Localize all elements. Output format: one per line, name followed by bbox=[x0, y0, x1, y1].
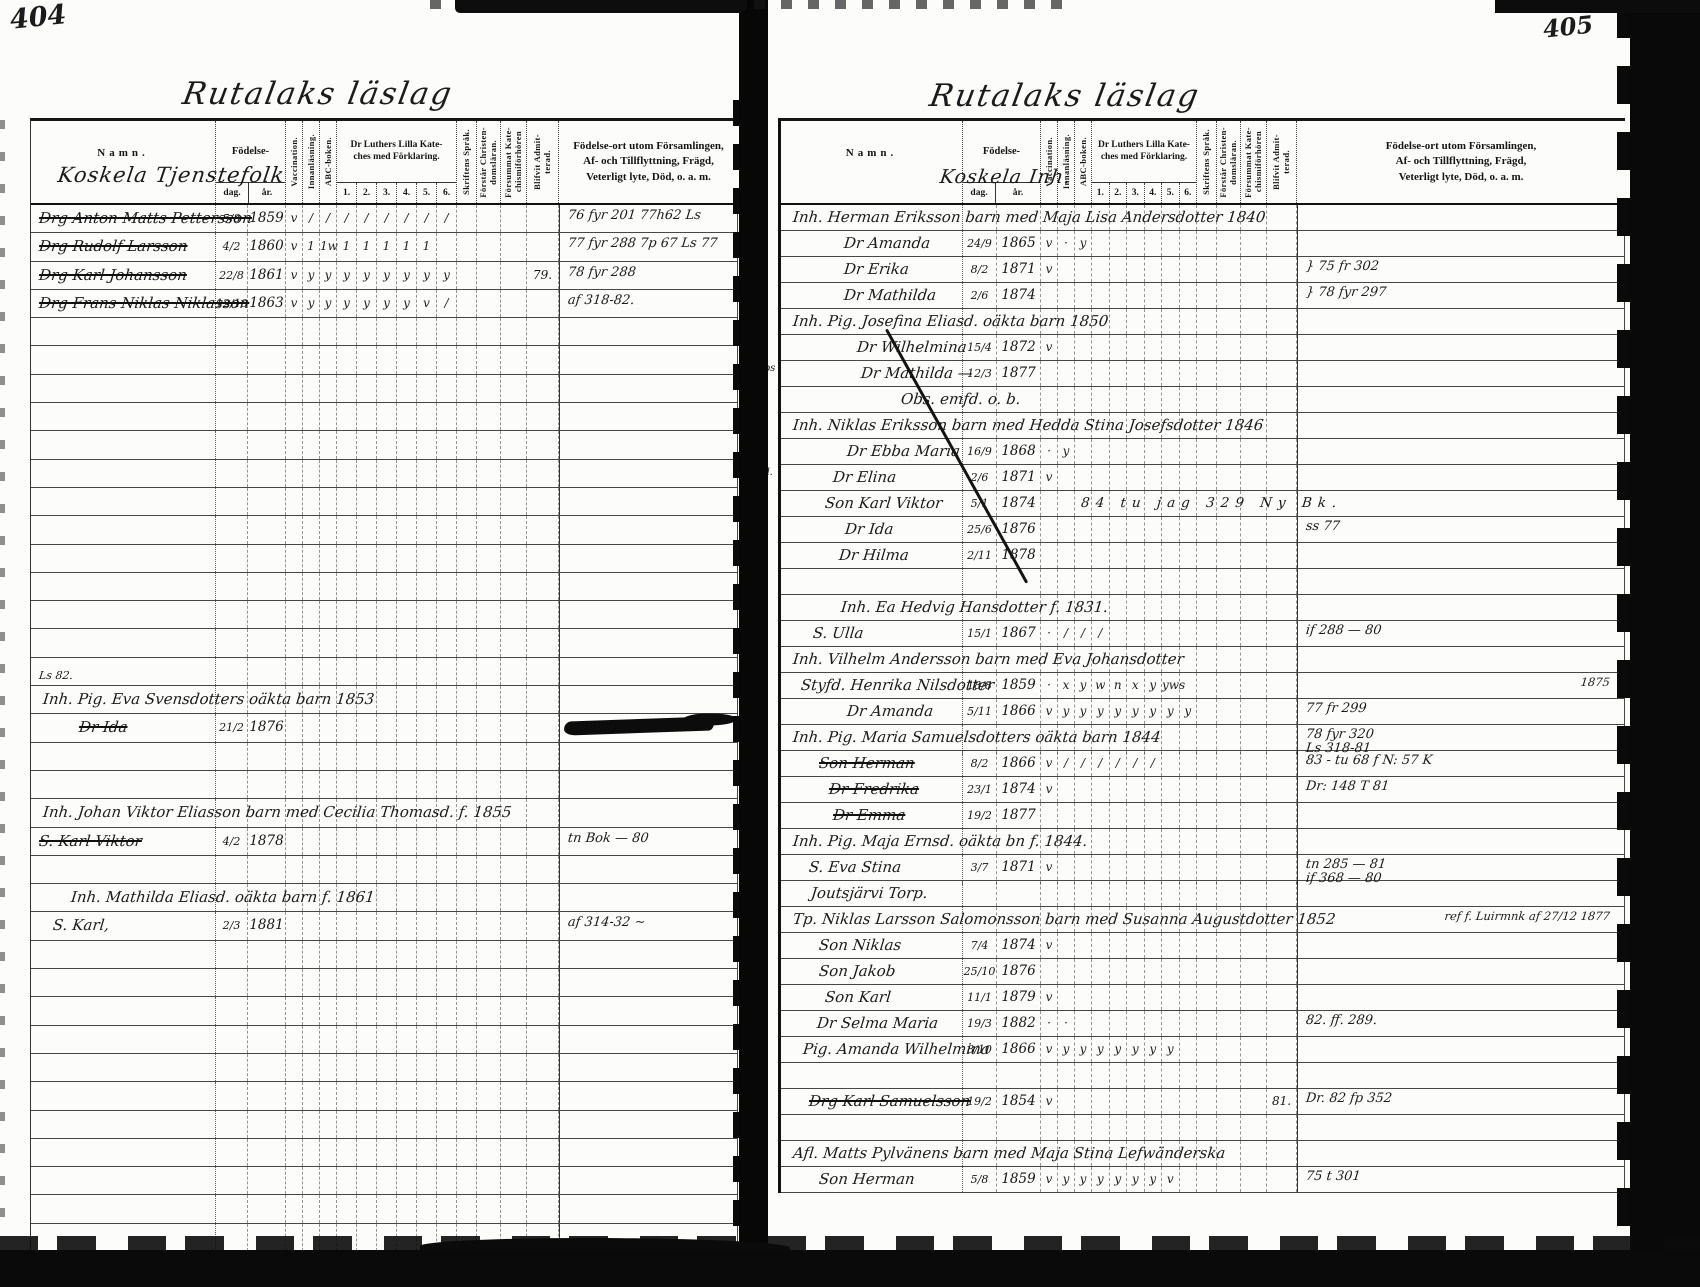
cell-admitted bbox=[527, 714, 559, 741]
cell-mark bbox=[286, 545, 303, 572]
cell-mark bbox=[337, 573, 357, 600]
cell-mark: y bbox=[357, 290, 377, 317]
cell-admitted bbox=[527, 856, 559, 883]
cell-mark bbox=[303, 771, 320, 798]
cell-note bbox=[1297, 829, 1625, 854]
cell-mark: v bbox=[1041, 985, 1058, 1010]
entry-name: S. Karl, bbox=[52, 912, 111, 939]
katekes-numbers: 1.2.3.4.5.6. bbox=[1092, 182, 1196, 203]
cell-admitted bbox=[527, 1139, 559, 1166]
register-row bbox=[31, 346, 738, 374]
cell-mark bbox=[320, 318, 337, 345]
cell-mark bbox=[377, 403, 397, 430]
register-row: Inh. Ea Hedvig Hansdotter f. 1831. bbox=[781, 595, 1625, 621]
col-header-fodelse: Födelse- dag. år. bbox=[963, 121, 1041, 203]
cell-mark bbox=[501, 1195, 527, 1222]
fodelseort-line3: Veterligt lyte, Död, o. a. m. bbox=[586, 170, 711, 185]
cell-mark bbox=[357, 1167, 377, 1194]
cell-mark bbox=[1110, 933, 1128, 958]
cell-mark bbox=[477, 686, 501, 713]
cell-name bbox=[31, 1167, 216, 1194]
cell-mark bbox=[397, 573, 417, 600]
cell-admitted bbox=[1267, 881, 1297, 906]
entry-name: Son Herman bbox=[818, 751, 916, 776]
cell-mark bbox=[303, 1111, 320, 1138]
cell-birth-year: 1866 bbox=[997, 751, 1041, 776]
register-row bbox=[31, 1224, 738, 1252]
entry-name-span: Inh. Niklas Eriksson barn med Hedda Stin… bbox=[792, 413, 1265, 438]
cell-mark bbox=[477, 714, 501, 741]
cell-mark: y bbox=[1127, 1037, 1145, 1062]
cell-note: 77 fr 299 bbox=[1297, 699, 1625, 724]
cell-mark bbox=[377, 488, 397, 515]
cell-admitted bbox=[527, 233, 559, 260]
cell-birth-year bbox=[248, 629, 286, 656]
entry-name-span: Inh. Mathilda Eliasd. oäkta barn f. 1861 bbox=[70, 884, 377, 911]
cell-note bbox=[1297, 985, 1625, 1010]
register-row: Styfd. Henrika Nilsdotter18/81859·xywnxy… bbox=[781, 673, 1625, 699]
cell-name bbox=[31, 743, 216, 770]
cell-mark bbox=[1180, 673, 1198, 698]
cell-mark bbox=[1197, 881, 1217, 906]
cell-mark bbox=[1110, 1011, 1128, 1036]
entry-name: Son Karl bbox=[824, 985, 892, 1010]
cell-mark bbox=[1145, 231, 1163, 256]
cell-birth-year bbox=[248, 1224, 286, 1251]
cell-mark: y bbox=[1110, 1167, 1128, 1192]
cell-note bbox=[559, 403, 738, 430]
cell-note: af 318-82. bbox=[559, 290, 738, 317]
cell-birth-year bbox=[248, 1167, 286, 1194]
cell-mark bbox=[286, 318, 303, 345]
cell-note bbox=[559, 318, 738, 345]
cell-admitted bbox=[527, 629, 559, 656]
cell-mark bbox=[357, 601, 377, 628]
register-row bbox=[31, 969, 738, 997]
cell-mark bbox=[337, 912, 357, 939]
entry-name: Dr Emma bbox=[832, 803, 907, 828]
register-row bbox=[31, 997, 738, 1025]
cell-mark: y bbox=[1075, 673, 1092, 698]
scan-artifact-right-edge bbox=[1630, 0, 1700, 1287]
cell-mark bbox=[477, 1139, 501, 1166]
cell-mark bbox=[437, 1224, 457, 1251]
cell-mark bbox=[1180, 465, 1198, 490]
cell-mark bbox=[1075, 283, 1092, 308]
cell-mark bbox=[397, 1082, 417, 1109]
cell-note: 76 fyr 201 77h62 Ls bbox=[559, 205, 738, 232]
cell-mark bbox=[1241, 387, 1267, 412]
cell-admitted bbox=[1267, 231, 1297, 256]
cell-birth-year bbox=[248, 771, 286, 798]
cell-mark bbox=[417, 1026, 437, 1053]
cell-mark bbox=[1145, 543, 1163, 568]
page-title-left: Rutalaks läslag bbox=[180, 76, 456, 112]
cell-note bbox=[559, 771, 738, 798]
cell-mark bbox=[303, 969, 320, 996]
cell-mark bbox=[501, 771, 527, 798]
cell-mark bbox=[320, 375, 337, 402]
cell-mark bbox=[417, 1111, 437, 1138]
col-header-namn-label: Namn. bbox=[846, 147, 897, 159]
cell-birth-year bbox=[997, 1115, 1041, 1140]
cell-name bbox=[31, 997, 216, 1024]
cell-mark bbox=[1058, 491, 1075, 516]
cell-mark bbox=[1092, 335, 1110, 360]
cell-mark bbox=[320, 516, 337, 543]
cell-mark bbox=[397, 1224, 417, 1251]
entry-name: Dr Ida bbox=[844, 517, 895, 542]
fodelseort-line2: Af- och Tillflyttning, Frägd, bbox=[1396, 154, 1527, 169]
cell-mark bbox=[377, 743, 397, 770]
cell-name: Ls 82. bbox=[31, 658, 216, 685]
cell-birth-day bbox=[216, 545, 248, 572]
cell-mark bbox=[1217, 257, 1241, 282]
cell-mark bbox=[377, 884, 397, 911]
cell-birth-day bbox=[216, 969, 248, 996]
cell-mark bbox=[1197, 1011, 1217, 1036]
cell-mark bbox=[357, 856, 377, 883]
cell-admitted bbox=[527, 884, 559, 911]
cell-note bbox=[559, 658, 738, 685]
cell-mark bbox=[1075, 1115, 1092, 1140]
register-row bbox=[31, 545, 738, 573]
cell-mark bbox=[1217, 1167, 1241, 1192]
cell-mark bbox=[457, 488, 477, 515]
cell-mark bbox=[437, 318, 457, 345]
register-row: Inh. Pig. Maja Ernsd. oäkta bn f. 1844. bbox=[781, 829, 1625, 855]
cell-mark bbox=[1110, 959, 1128, 984]
cell-mark bbox=[1075, 881, 1092, 906]
cell-mark: v bbox=[1041, 751, 1058, 776]
cell-name: Dr Mathilda bbox=[781, 283, 963, 308]
cell-admitted bbox=[527, 771, 559, 798]
cell-mark: y bbox=[1092, 1037, 1110, 1062]
margin-prefix: afl. bbox=[757, 467, 773, 478]
cell-birth-day: 2/11 bbox=[963, 543, 997, 568]
cell-mark bbox=[337, 318, 357, 345]
cell-birth-year: 1874 bbox=[997, 933, 1041, 958]
cell-mark bbox=[397, 1139, 417, 1166]
cell-mark bbox=[501, 233, 527, 260]
cell-note: 82. ff. 289. bbox=[1297, 1011, 1625, 1036]
entry-name: S. Karl Viktor bbox=[38, 828, 144, 855]
cell-mark bbox=[286, 1252, 303, 1279]
cell-birth-year bbox=[248, 856, 286, 883]
note-line: tn Bok — 80 bbox=[567, 828, 738, 846]
cell-mark bbox=[320, 1167, 337, 1194]
cell-mark bbox=[1217, 439, 1241, 464]
entry-name-span: Obs. emfd. o. b. bbox=[900, 387, 1022, 412]
cell-admitted bbox=[527, 1111, 559, 1138]
cell-mark bbox=[1127, 595, 1145, 620]
cell-admitted bbox=[1267, 1037, 1297, 1062]
cell-mark bbox=[1217, 543, 1241, 568]
register-row bbox=[31, 629, 738, 657]
cell-mark bbox=[477, 403, 501, 430]
cell-mark bbox=[1058, 543, 1075, 568]
cell-mark bbox=[1241, 621, 1267, 646]
cell-mark bbox=[1217, 465, 1241, 490]
cell-mark bbox=[1241, 699, 1267, 724]
cell-mark bbox=[397, 375, 417, 402]
cell-mark bbox=[1162, 777, 1180, 802]
cell-mark: y bbox=[1145, 673, 1163, 698]
cell-mark bbox=[1041, 283, 1058, 308]
register-row: 78 fyr 320Ls 318-81Inh. Pig. Maria Samue… bbox=[781, 725, 1625, 751]
cell-admitted bbox=[1267, 1115, 1297, 1140]
cell-mark bbox=[320, 912, 337, 939]
cell-mark bbox=[1092, 959, 1110, 984]
cell-birth-day: 5/11 bbox=[963, 699, 997, 724]
entry-name-span: Inh. Herman Eriksson barn med Maja Lisa … bbox=[792, 205, 1267, 230]
cell-admitted bbox=[1267, 543, 1297, 568]
cell-mark bbox=[437, 658, 457, 685]
cell-mark bbox=[437, 1167, 457, 1194]
cell-mark bbox=[397, 658, 417, 685]
register-row bbox=[31, 1139, 738, 1167]
cell-mark bbox=[437, 545, 457, 572]
cell-mark bbox=[1127, 439, 1145, 464]
cell-mark bbox=[1162, 309, 1180, 334]
cell-mark bbox=[1041, 569, 1058, 594]
cell-mark bbox=[437, 997, 457, 1024]
cell-mark bbox=[477, 743, 501, 770]
cell-mark bbox=[1110, 881, 1128, 906]
cell-mark bbox=[320, 1111, 337, 1138]
note-line: Dr. 82 fp 352 bbox=[1305, 1089, 1625, 1105]
cell-mark bbox=[417, 969, 437, 996]
cell-mark bbox=[303, 601, 320, 628]
cell-mark bbox=[1127, 881, 1145, 906]
cell-note bbox=[559, 1054, 738, 1081]
cell-note bbox=[559, 629, 738, 656]
cell-mark bbox=[1241, 335, 1267, 360]
register-row: S. Karl,2/31881af 314-32 ~ bbox=[31, 912, 738, 940]
cell-birth-year: 1859 bbox=[997, 1167, 1041, 1192]
cell-name bbox=[31, 488, 216, 515]
cell-birth-day: 18/8 bbox=[963, 673, 997, 698]
cell-mark bbox=[1180, 1063, 1198, 1088]
cell-name: S. Karl Viktor bbox=[31, 828, 216, 855]
cell-mark bbox=[1162, 257, 1180, 282]
cell-mark bbox=[417, 375, 437, 402]
cell-mark bbox=[286, 431, 303, 458]
cell-mark bbox=[501, 1054, 527, 1081]
cell-mark bbox=[1041, 803, 1058, 828]
cell-mark bbox=[357, 431, 377, 458]
cell-mark bbox=[1110, 595, 1128, 620]
cell-mark bbox=[320, 658, 337, 685]
col-header-katekes: Dr Luthers Lilla Kate- ches med Förklari… bbox=[337, 121, 457, 203]
cell-admitted bbox=[1267, 309, 1297, 334]
cell-mark bbox=[286, 573, 303, 600]
cell-mark: / bbox=[1058, 751, 1075, 776]
forstar-line2: domsläran. bbox=[489, 140, 498, 185]
col-header-namn-label: Namn. bbox=[97, 147, 148, 159]
cell-mark: v bbox=[1041, 465, 1058, 490]
cell-birth-year: 1877 bbox=[997, 361, 1041, 386]
cell-mark: v bbox=[286, 205, 303, 232]
cell-mark bbox=[397, 318, 417, 345]
katekes-num: 3. bbox=[1127, 183, 1145, 203]
cell-mark: · bbox=[1041, 621, 1058, 646]
ink-blot bbox=[564, 717, 714, 736]
cell-admitted bbox=[1267, 517, 1297, 542]
cell-mark bbox=[1145, 517, 1163, 542]
cell-mark bbox=[1217, 829, 1241, 854]
cell-mark bbox=[357, 346, 377, 373]
cell-mark bbox=[437, 233, 457, 260]
note-line: 1875 bbox=[1305, 673, 1625, 689]
cell-birth-year: 1861 bbox=[248, 262, 286, 289]
register-row bbox=[31, 1026, 738, 1054]
cell-admitted bbox=[1267, 933, 1297, 958]
cell-mark bbox=[303, 431, 320, 458]
cell-mark bbox=[1145, 881, 1163, 906]
cell-admitted bbox=[1267, 803, 1297, 828]
cell-mark: / bbox=[1092, 751, 1110, 776]
cell-mark bbox=[1075, 777, 1092, 802]
cell-mark bbox=[477, 997, 501, 1024]
cell-mark bbox=[1241, 231, 1267, 256]
note-line: Dr: 148 T 81 bbox=[1305, 777, 1625, 793]
register-row bbox=[781, 1063, 1625, 1089]
cell-admitted bbox=[527, 431, 559, 458]
cell-mark bbox=[1162, 881, 1180, 906]
cell-mark bbox=[1197, 1037, 1217, 1062]
cell-mark bbox=[1145, 777, 1163, 802]
cell-mark bbox=[1075, 569, 1092, 594]
cell-birth-year bbox=[248, 601, 286, 628]
cell-mark bbox=[303, 714, 320, 741]
cell-mark bbox=[1241, 1011, 1267, 1036]
cell-mark bbox=[1110, 621, 1128, 646]
cell-mark bbox=[1110, 569, 1128, 594]
cell-mark: y bbox=[1162, 699, 1180, 724]
cell-mark: y bbox=[357, 262, 377, 289]
katekes-num: 3. bbox=[377, 183, 397, 203]
cell-mark bbox=[377, 912, 397, 939]
cell-mark bbox=[501, 431, 527, 458]
cell-mark bbox=[357, 969, 377, 996]
cell-name: Dr Wilhelmina bbox=[781, 335, 963, 360]
cell-birth-year bbox=[248, 403, 286, 430]
cell-mark bbox=[457, 1111, 477, 1138]
cell-mark bbox=[457, 828, 477, 855]
register-row: Dr Mathilda2/61874} 78 fyr 297 bbox=[781, 283, 1625, 309]
cell-mark bbox=[377, 1139, 397, 1166]
cell-mark bbox=[337, 1139, 357, 1166]
cell-mark: · bbox=[1041, 439, 1058, 464]
cell-name bbox=[31, 1139, 216, 1166]
register-row: Dr Elina2/61871vafl. bbox=[781, 465, 1625, 491]
cell-mark bbox=[501, 912, 527, 939]
cell-mark bbox=[397, 941, 417, 968]
cell-mark bbox=[1127, 257, 1145, 282]
cell-birth-day: 19/2 bbox=[963, 803, 997, 828]
cell-mark bbox=[286, 912, 303, 939]
cell-mark bbox=[477, 1195, 501, 1222]
cell-admitted bbox=[527, 318, 559, 345]
entry-name: Drg Karl Johansson bbox=[38, 262, 189, 289]
cell-mark bbox=[437, 488, 457, 515]
cell-mark: y bbox=[1145, 699, 1163, 724]
cell-birth-day bbox=[216, 629, 248, 656]
cell-mark bbox=[417, 997, 437, 1024]
cell-mark bbox=[417, 1224, 437, 1251]
cell-mark bbox=[303, 375, 320, 402]
cell-mark bbox=[1217, 309, 1241, 334]
cell-mark: · bbox=[1041, 673, 1058, 698]
register-row: Drg Anton Matts Pettersson5/81859v//////… bbox=[31, 205, 738, 233]
blifvit-line1: Blifvit Admit- bbox=[533, 134, 542, 190]
cell-mark bbox=[477, 205, 501, 232]
cell-mark bbox=[1092, 517, 1110, 542]
cell-mark bbox=[457, 629, 477, 656]
table-rows-left: Drg Anton Matts Pettersson5/81859v//////… bbox=[31, 205, 738, 1280]
col-header-abc: ABC-boken. bbox=[320, 121, 337, 203]
cell-mark bbox=[1145, 959, 1163, 984]
cell-mark bbox=[337, 460, 357, 487]
cell-birth-year: 1859 bbox=[997, 673, 1041, 698]
cell-name: Drg Karl Johansson bbox=[31, 262, 216, 289]
cell-mark bbox=[1180, 569, 1198, 594]
cell-mark bbox=[303, 1224, 320, 1251]
cell-birth-year bbox=[248, 431, 286, 458]
cell-note bbox=[559, 799, 738, 826]
col-header-innanlasning-label: Innanläsning. bbox=[307, 134, 316, 189]
cell-name bbox=[31, 318, 216, 345]
cell-mark bbox=[1241, 595, 1267, 620]
cell-mark bbox=[320, 346, 337, 373]
cell-mark bbox=[337, 346, 357, 373]
cell-mark bbox=[1145, 387, 1163, 412]
cell-birth-year: 1874 bbox=[997, 777, 1041, 802]
cell-mark bbox=[1075, 1089, 1092, 1114]
cell-mark bbox=[1197, 1167, 1217, 1192]
cell-note bbox=[1297, 205, 1625, 230]
cell-note bbox=[1297, 413, 1625, 438]
cell-note bbox=[559, 856, 738, 883]
cell-mark bbox=[1241, 465, 1267, 490]
cell-note bbox=[559, 1167, 738, 1194]
cell-mark bbox=[1241, 803, 1267, 828]
cell-mark bbox=[1127, 465, 1145, 490]
cell-name: Dr Mathilda — bbox=[781, 361, 963, 386]
cell-mark bbox=[1058, 257, 1075, 282]
cell-mark bbox=[303, 941, 320, 968]
cell-mark bbox=[457, 941, 477, 968]
cell-mark bbox=[1197, 751, 1217, 776]
cell-mark bbox=[1058, 777, 1075, 802]
cell-mark bbox=[1197, 1063, 1217, 1088]
cell-birth-day: 2/3 bbox=[216, 912, 248, 939]
cell-mark bbox=[397, 460, 417, 487]
cell-mark bbox=[357, 460, 377, 487]
cell-mark: / bbox=[1092, 621, 1110, 646]
cell-mark bbox=[437, 516, 457, 543]
cell-name bbox=[781, 1115, 963, 1140]
cell-admitted bbox=[1267, 1167, 1297, 1192]
entry-name: Dr Amanda bbox=[846, 699, 935, 724]
cell-mark bbox=[437, 1139, 457, 1166]
cell-mark bbox=[477, 856, 501, 883]
cell-mark bbox=[1162, 933, 1180, 958]
cell-mark: v bbox=[1041, 257, 1058, 282]
cell-name: Dr Fredrika bbox=[781, 777, 963, 802]
cell-mark: y bbox=[1075, 1037, 1092, 1062]
